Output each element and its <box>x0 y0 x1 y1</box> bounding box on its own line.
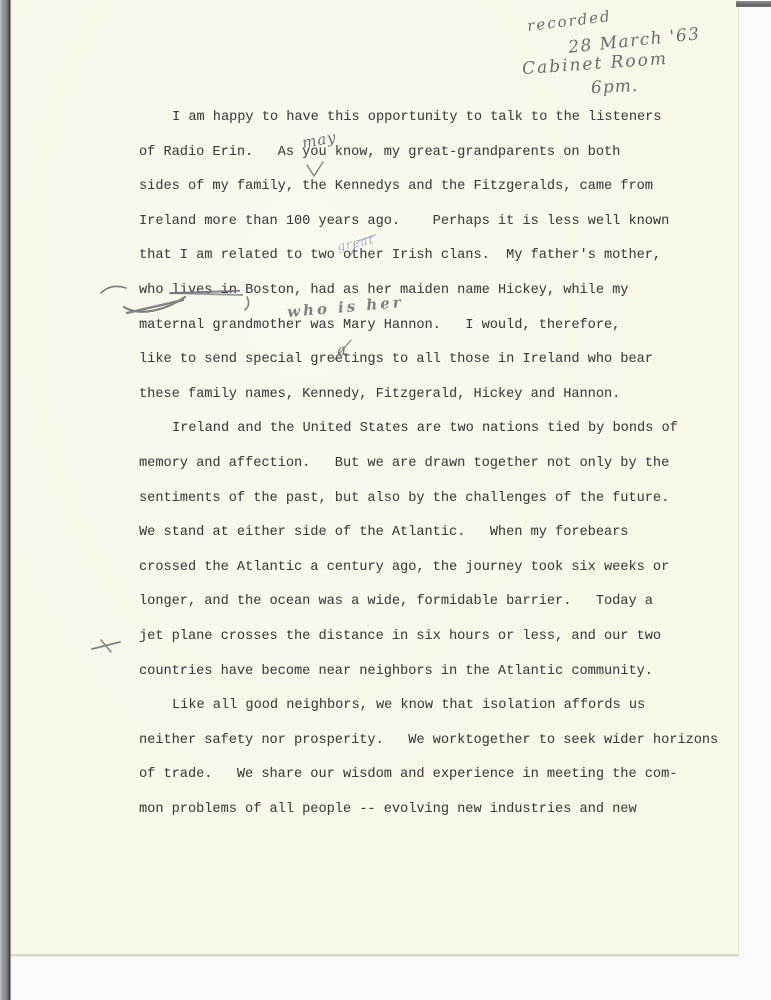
typed-line: mon problems of all people -- evolving n… <box>139 793 718 828</box>
typed-line: Like all good neighbors, we know that is… <box>139 689 718 724</box>
typed-line: countries have become near neighbors in … <box>139 655 718 690</box>
typed-text: neither safety nor prosperity. We workto… <box>139 733 718 748</box>
typed-text: maternal grandmother was Mary Hannon. I … <box>139 318 620 333</box>
typed-line: memory and affection. But we are drawn t… <box>139 447 718 482</box>
typed-line: jet plane crosses the distance in six ho… <box>139 620 718 655</box>
typed-line: that I am related to two other Irish cla… <box>139 239 718 274</box>
typed-text: longer, and the ocean was a wide, formid… <box>139 594 653 609</box>
typed-text: sides of my family, the Kennedys and the… <box>139 179 653 194</box>
typed-text: mon problems of all people -- evolving n… <box>139 802 637 817</box>
typed-text: crossed the Atlantic a century ago, the … <box>139 560 669 575</box>
typed-lines: I am happy to have this opportunity to t… <box>139 101 718 827</box>
typed-line: maternal grandmother was Mary Hannon. I … <box>139 309 718 344</box>
typed-text: Ireland and the United States are two na… <box>172 421 678 436</box>
handwritten-note-time: 6pm. <box>591 76 639 98</box>
typed-line: Ireland and the United States are two na… <box>139 412 718 447</box>
typed-line: I am happy to have this opportunity to t… <box>139 101 718 136</box>
typed-text: Ireland more than 100 years ago. Perhaps… <box>139 214 669 229</box>
typed-line: We stand at either side of the Atlantic.… <box>139 516 718 551</box>
scanner-edge-strip <box>0 0 11 1000</box>
typed-text: I am happy to have this opportunity to t… <box>172 110 661 125</box>
typed-line: these family names, Kennedy, Fitzgerald,… <box>139 378 718 413</box>
typed-text: these family names, Kennedy, Fitzgerald,… <box>139 387 620 402</box>
typed-line: sentiments of the past, but also by the … <box>139 482 718 517</box>
typed-text: jet plane crosses the distance in six ho… <box>139 629 661 644</box>
scanned-document-page: I am happy to have this opportunity to t… <box>0 0 771 1000</box>
typed-text: that I am related to two other Irish cla… <box>139 248 661 263</box>
typed-text: We stand at either side of the Atlantic.… <box>139 525 628 540</box>
typed-text: countries have become near neighbors in … <box>139 664 653 679</box>
typed-line: crossed the Atlantic a century ago, the … <box>139 551 718 586</box>
typed-line: sides of my family, the Kennedys and the… <box>139 170 718 205</box>
typed-text: of trade. We share our wisdom and experi… <box>139 767 677 782</box>
typed-text: of Radio Erin. As you know, my great-gra… <box>139 145 620 160</box>
typed-line: of Radio Erin. As you know, my great-gra… <box>139 136 718 171</box>
typed-text: Like all good neighbors, we know that is… <box>172 698 645 713</box>
typed-line: of trade. We share our wisdom and experi… <box>139 758 718 793</box>
paper-sheet: I am happy to have this opportunity to t… <box>10 0 739 956</box>
typed-text: who <box>139 283 172 298</box>
typed-text: Boston, had as her maiden name Hickey, w… <box>237 283 629 298</box>
typed-text: memory and affection. But we are drawn t… <box>139 456 669 471</box>
handwritten-note-recorded: recorded <box>526 7 612 35</box>
typed-text: like to send special greetings to all th… <box>139 352 653 367</box>
typed-line: neither safety nor prosperity. We workto… <box>139 724 718 759</box>
typed-line: like to send special greetings to all th… <box>139 343 718 378</box>
typed-line: who lives in Boston, had as her maiden n… <box>139 274 718 309</box>
struck-text: lives in <box>172 283 237 298</box>
scanner-top-bar <box>736 1 771 7</box>
typed-text: sentiments of the past, but also by the … <box>139 491 669 506</box>
typed-line: Ireland more than 100 years ago. Perhaps… <box>139 205 718 240</box>
typed-line: longer, and the ocean was a wide, formid… <box>139 585 718 620</box>
handwritten-note-location: Cabinet Room <box>521 49 668 79</box>
